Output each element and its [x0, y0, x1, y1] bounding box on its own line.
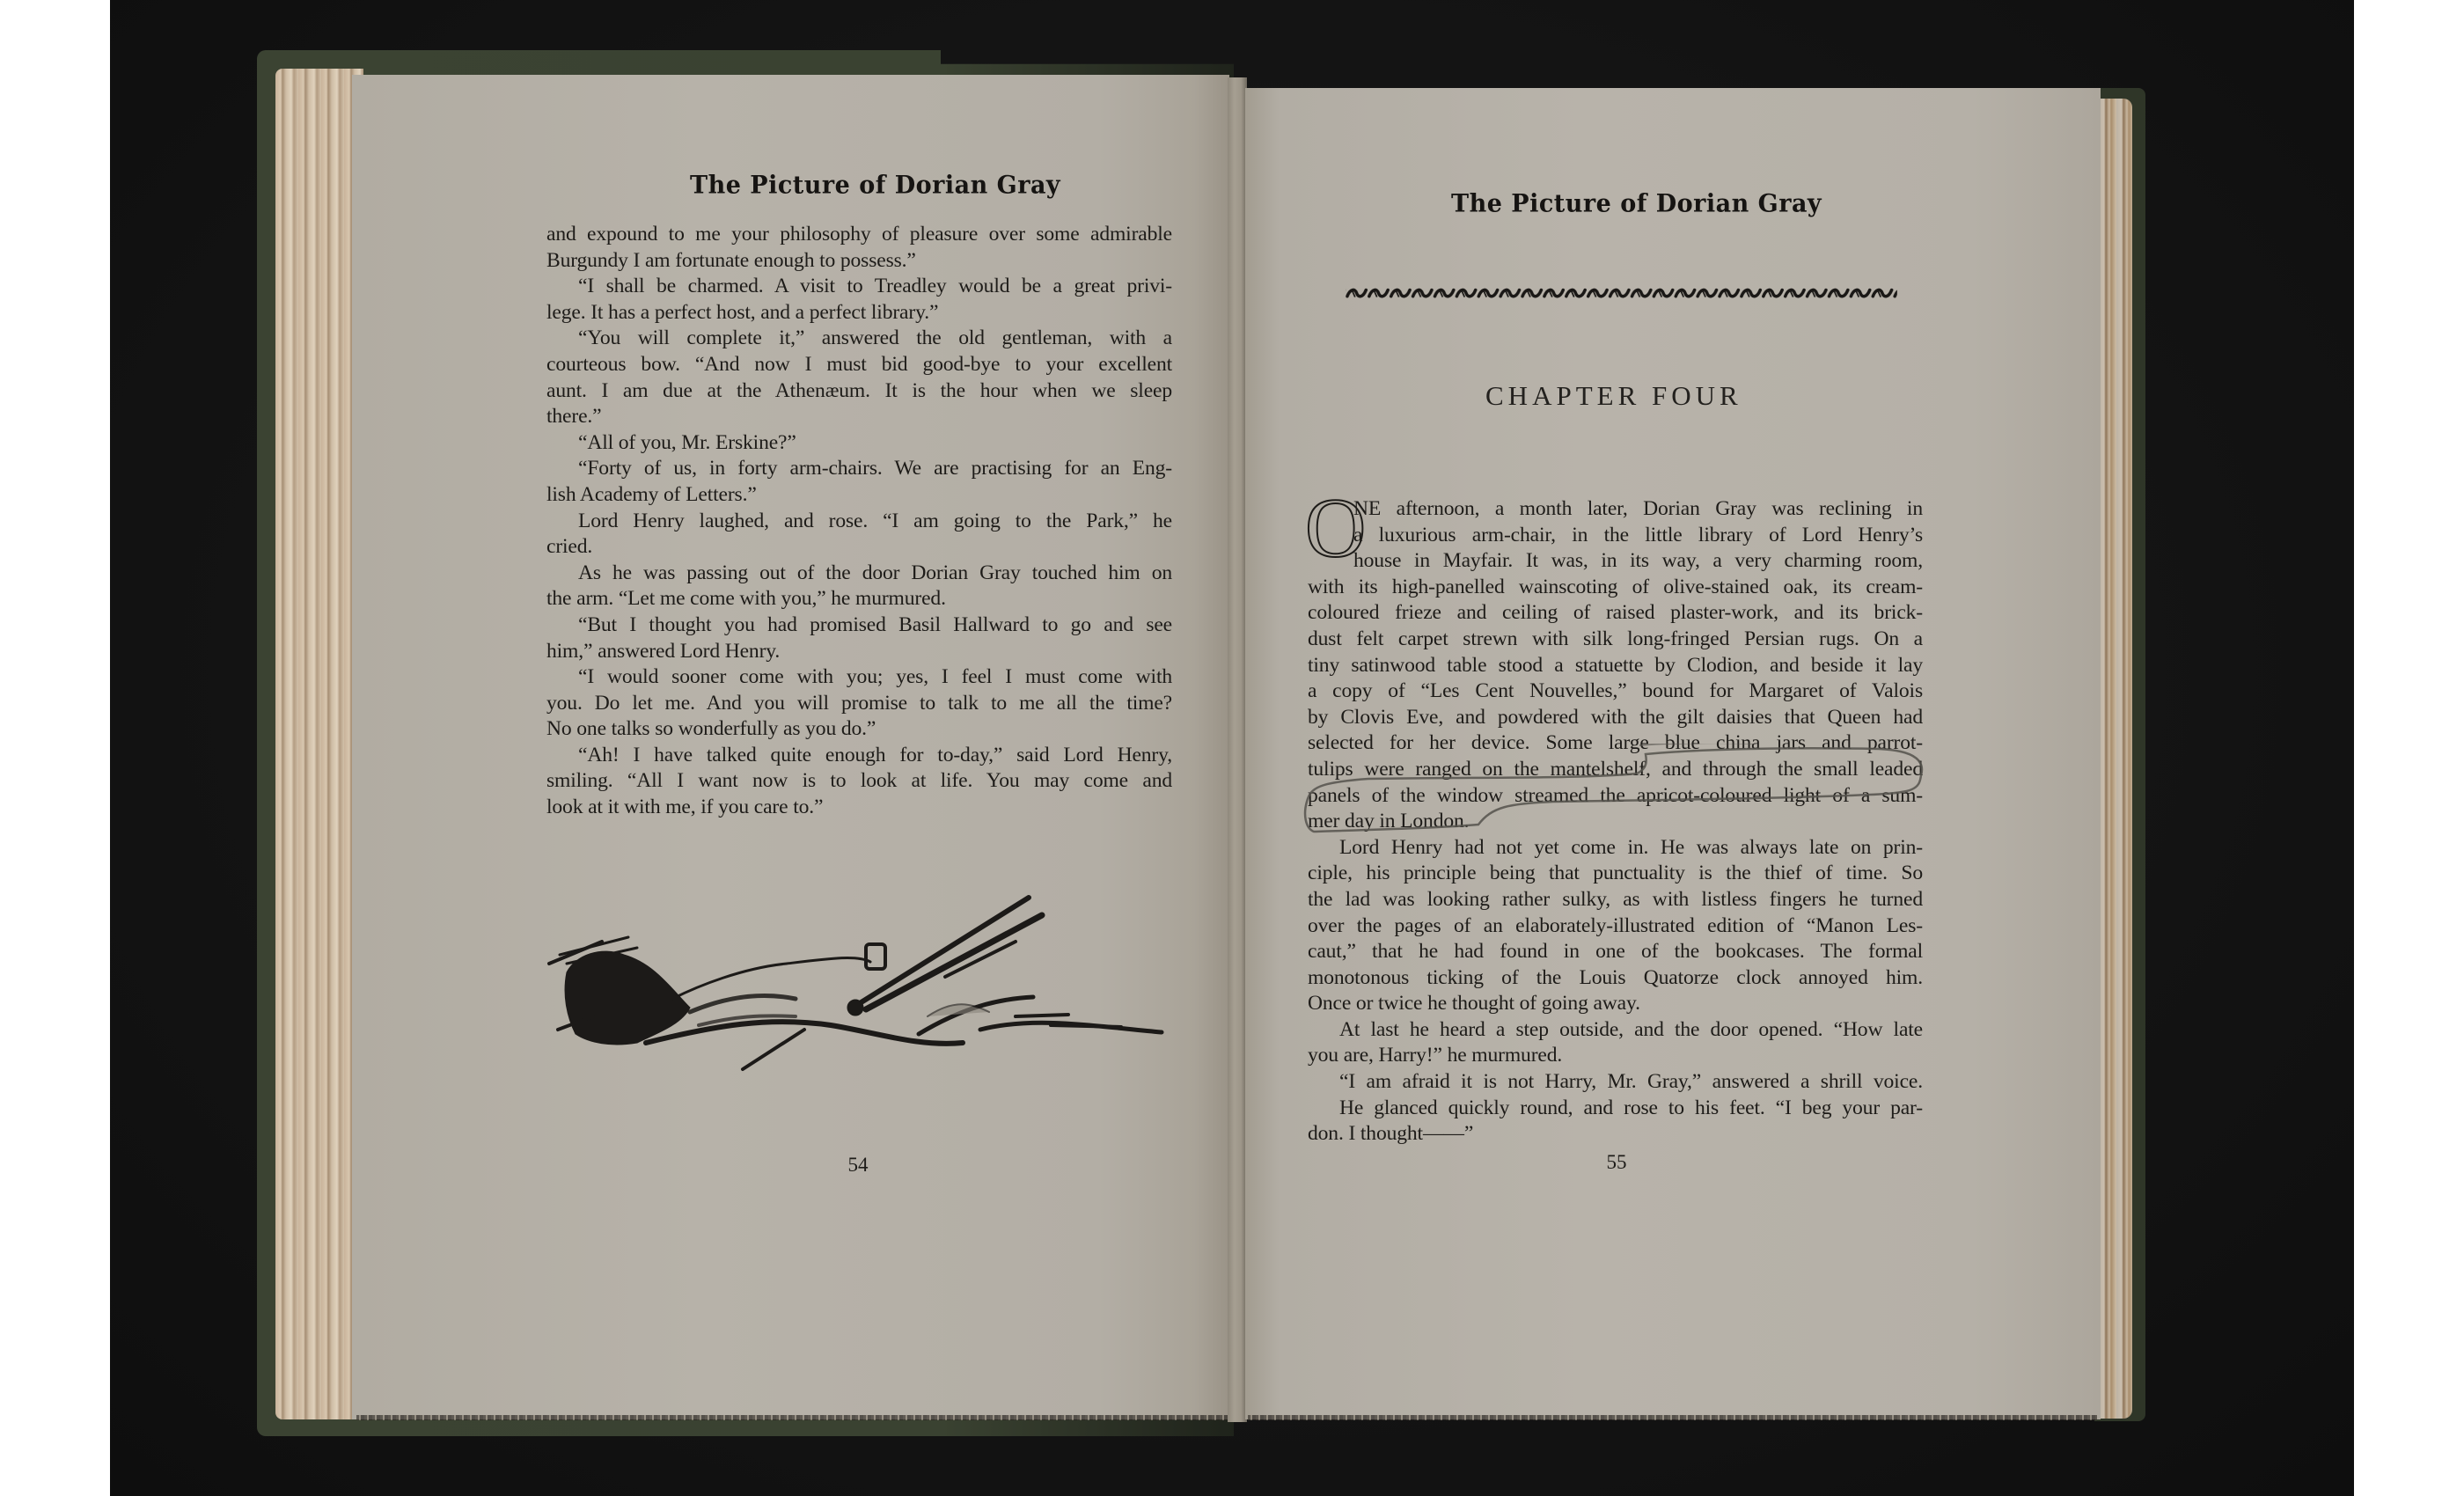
- text-line: courteous bow. “And now I must bid good-…: [546, 352, 1172, 378]
- text-line: lish Academy of Letters.”: [546, 482, 1172, 509]
- page-bottom-edge-left: [356, 1415, 1228, 1420]
- text-line: the lad was looking rather sulky, as wit…: [1308, 887, 1923, 913]
- book-gutter: [1228, 77, 1247, 1422]
- page-number-left: 54: [832, 1154, 884, 1177]
- page-stack-left: [275, 69, 363, 1419]
- text-line: selected for her device. Some large blue…: [1308, 730, 1923, 757]
- text-line: monotonous ticking of the Louis Quatorze…: [1308, 965, 1923, 992]
- text-line: look at it with me, if you care to.”: [546, 795, 1172, 821]
- text-line: “All of you, Mr. Erskine?”: [546, 430, 1172, 457]
- running-head-right: The Picture of Dorian Gray: [1451, 189, 1822, 218]
- text-line: cried.: [546, 534, 1172, 561]
- text-line: coloured frieze and ceiling of raised pl…: [1308, 600, 1923, 627]
- text-line: there.”: [546, 404, 1172, 430]
- text-line: He glanced quickly round, and rose to hi…: [1308, 1096, 1923, 1122]
- running-head-left: The Picture of Dorian Gray: [690, 171, 1060, 200]
- right-page-body-text: NE afternoon, a month later, Dorian Gray…: [1308, 496, 1923, 1148]
- text-line: “Forty of us, in forty arm-chairs. We ar…: [546, 456, 1172, 482]
- text-line: “Ah! I have talked quite enough for to-d…: [546, 743, 1172, 769]
- palette-and-brushes-illustration: [540, 893, 1165, 1078]
- text-line: “I shall be charmed. A visit to Treadley…: [546, 274, 1172, 300]
- text-line: over the pages of an elaborately-illustr…: [1308, 913, 1923, 940]
- text-line: and expound to me your philosophy of ple…: [546, 222, 1172, 248]
- text-line: “You will complete it,” answered the old…: [546, 326, 1172, 352]
- chapter-title: CHAPTER FOUR: [1485, 380, 1742, 412]
- text-line: panels of the window streamed the aprico…: [1308, 783, 1923, 810]
- text-line: dust felt carpet strewn with silk long-f…: [1308, 627, 1923, 653]
- left-page-body-text: and expound to me your philosophy of ple…: [546, 222, 1172, 821]
- page-bottom-edge-right: [1248, 1415, 2097, 1420]
- text-line: mer day in London.: [1308, 809, 1923, 835]
- text-line: with its high-panelled wainscoting of ol…: [1308, 575, 1923, 601]
- text-line: you are, Harry!” he murmured.: [1308, 1043, 1923, 1069]
- text-line: Lord Henry laughed, and rose. “I am goin…: [546, 509, 1172, 535]
- text-line: Lord Henry had not yet come in. He was a…: [1308, 835, 1923, 862]
- left-page: The Picture of Dorian Gray and expound t…: [352, 75, 1229, 1419]
- text-line: “But I thought you had promised Basil Ha…: [546, 612, 1172, 639]
- text-line: lege. It has a perfect host, and a perfe…: [546, 300, 1172, 326]
- text-line: you. Do let me. And you will promise to …: [546, 691, 1172, 717]
- text-line: At last he heard a step outside, and the…: [1308, 1017, 1923, 1044]
- text-line: “I would sooner come with you; yes, I fe…: [546, 664, 1172, 691]
- text-line: Burgundy I am fortunate enough to posses…: [546, 248, 1172, 275]
- page-stack-right: [2099, 99, 2132, 1419]
- text-line: house in Mayfair. It was, in its way, a …: [1308, 548, 1923, 575]
- text-line: don. I thought——”: [1308, 1121, 1923, 1148]
- text-line: tiny satinwood table stood a statuette b…: [1308, 653, 1923, 679]
- text-line: a luxurious arm-chair, in the little lib…: [1308, 523, 1923, 549]
- text-line: As he was passing out of the door Dorian…: [546, 561, 1172, 587]
- text-line: smiling. “All I want now is to look at l…: [546, 768, 1172, 795]
- text-line: a copy of “Les Cent Nouvelles,” bound fo…: [1308, 678, 1923, 705]
- right-page: The Picture of Dorian Gray CHAPTER FOUR …: [1245, 88, 2101, 1419]
- text-line: aunt. I am due at the Athenæum. It is th…: [546, 378, 1172, 405]
- page-number-right: 55: [1590, 1151, 1643, 1174]
- text-line: NE afternoon, a month later, Dorian Gray…: [1308, 496, 1923, 523]
- text-line: No one talks so wonderfully as you do.”: [546, 716, 1172, 743]
- text-line: the arm. “Let me come with you,” he murm…: [546, 586, 1172, 612]
- text-line: caut,” that he had found in one of the b…: [1308, 939, 1923, 965]
- text-line: ciple, his principle being that punctual…: [1308, 861, 1923, 887]
- text-line: Once or twice he thought of going away.: [1308, 991, 1923, 1017]
- text-line: by Clovis Eve, and powdered with the gil…: [1308, 705, 1923, 731]
- text-line: “I am afraid it is not Harry, Mr. Gray,”…: [1308, 1069, 1923, 1096]
- text-line: tulips were ranged on the mantelshelf, a…: [1308, 757, 1923, 783]
- text-line: him,” answered Lord Henry.: [546, 639, 1172, 665]
- chain-ornament-rule: [1311, 287, 1932, 301]
